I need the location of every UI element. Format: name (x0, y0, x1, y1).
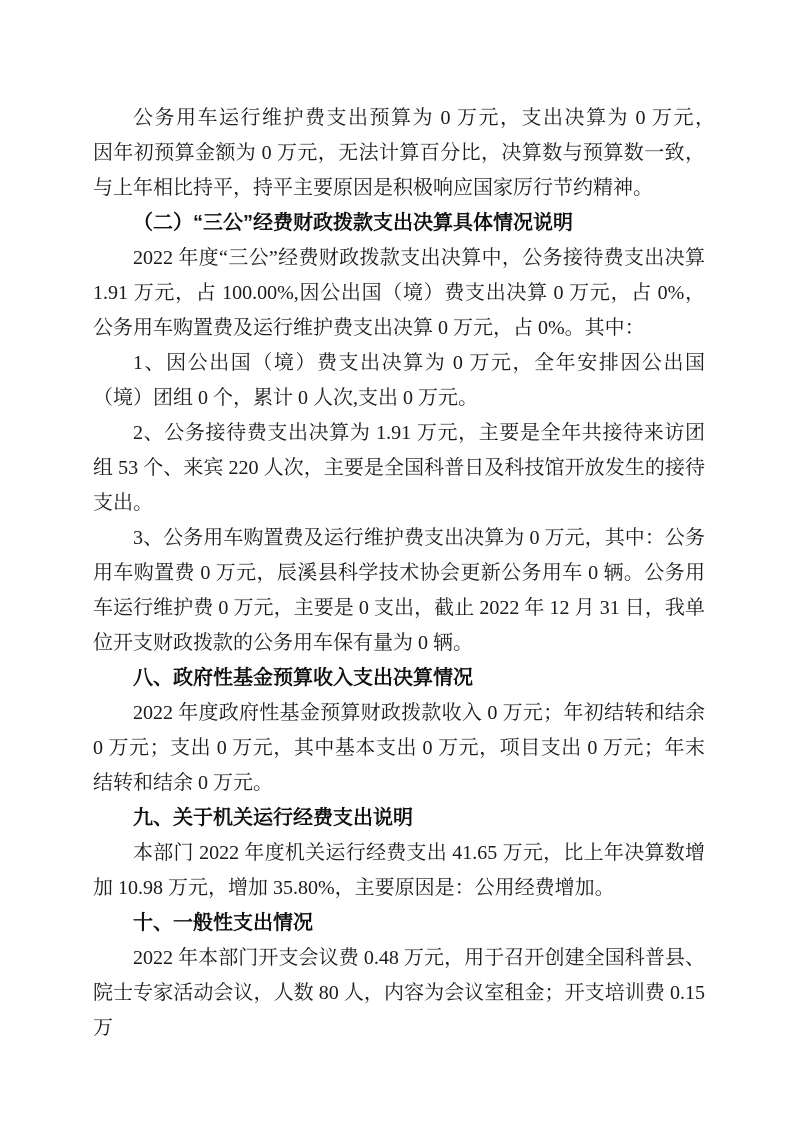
section-heading-government-fund-budget: 八、政府性基金预算收入支出决算情况 (93, 661, 705, 696)
section-heading-general-expenditure: 十、一般性支出情况 (93, 906, 705, 941)
paragraph-general-expenditure: 2022 年本部门开支会议费 0.48 万元，用于召开创建全国科普县、院士专家活… (93, 941, 705, 1046)
paragraph-government-fund-budget: 2022 年度政府性基金预算财政拨款收入 0 万元；年初结转和结余 0 万元；支… (93, 696, 705, 801)
paragraph-item1-overseas-trips: 1、因公出国（境）费支出决算为 0 万元，全年安排因公出国（境）团组 0 个，累… (93, 346, 705, 416)
paragraph-agency-operating-expense: 本部门 2022 年度机关运行经费支出 41.65 万元，比上年决算数增加 10… (93, 836, 705, 906)
paragraph-item3-vehicle-purchase-maintenance: 3、公务用车购置费及运行维护费支出决算为 0 万元，其中：公务用车购置费 0 万… (93, 521, 705, 661)
paragraph-sangong-overview: 2022 年度“三公”经费财政拨款支出决算中，公务接待费支出决算 1.91 万元… (93, 241, 705, 346)
section-heading-sangong-details: （二）“三公”经费财政拨款支出决算具体情况说明 (93, 206, 705, 241)
document-page: 公务用车运行维护费支出预算为 0 万元，支出决算为 0 万元， 因年初预算金额为… (0, 0, 793, 1122)
document-body: 公务用车运行维护费支出预算为 0 万元，支出决算为 0 万元， 因年初预算金额为… (93, 101, 705, 1046)
paragraph-vehicle-maintenance-summary: 公务用车运行维护费支出预算为 0 万元，支出决算为 0 万元， 因年初预算金额为… (93, 101, 705, 206)
paragraph-item2-official-reception: 2、公务接待费支出决算为 1.91 万元，主要是全年共接待来访团组 53 个、来… (93, 416, 705, 521)
section-heading-agency-operating-expense: 九、关于机关运行经费支出说明 (93, 801, 705, 836)
